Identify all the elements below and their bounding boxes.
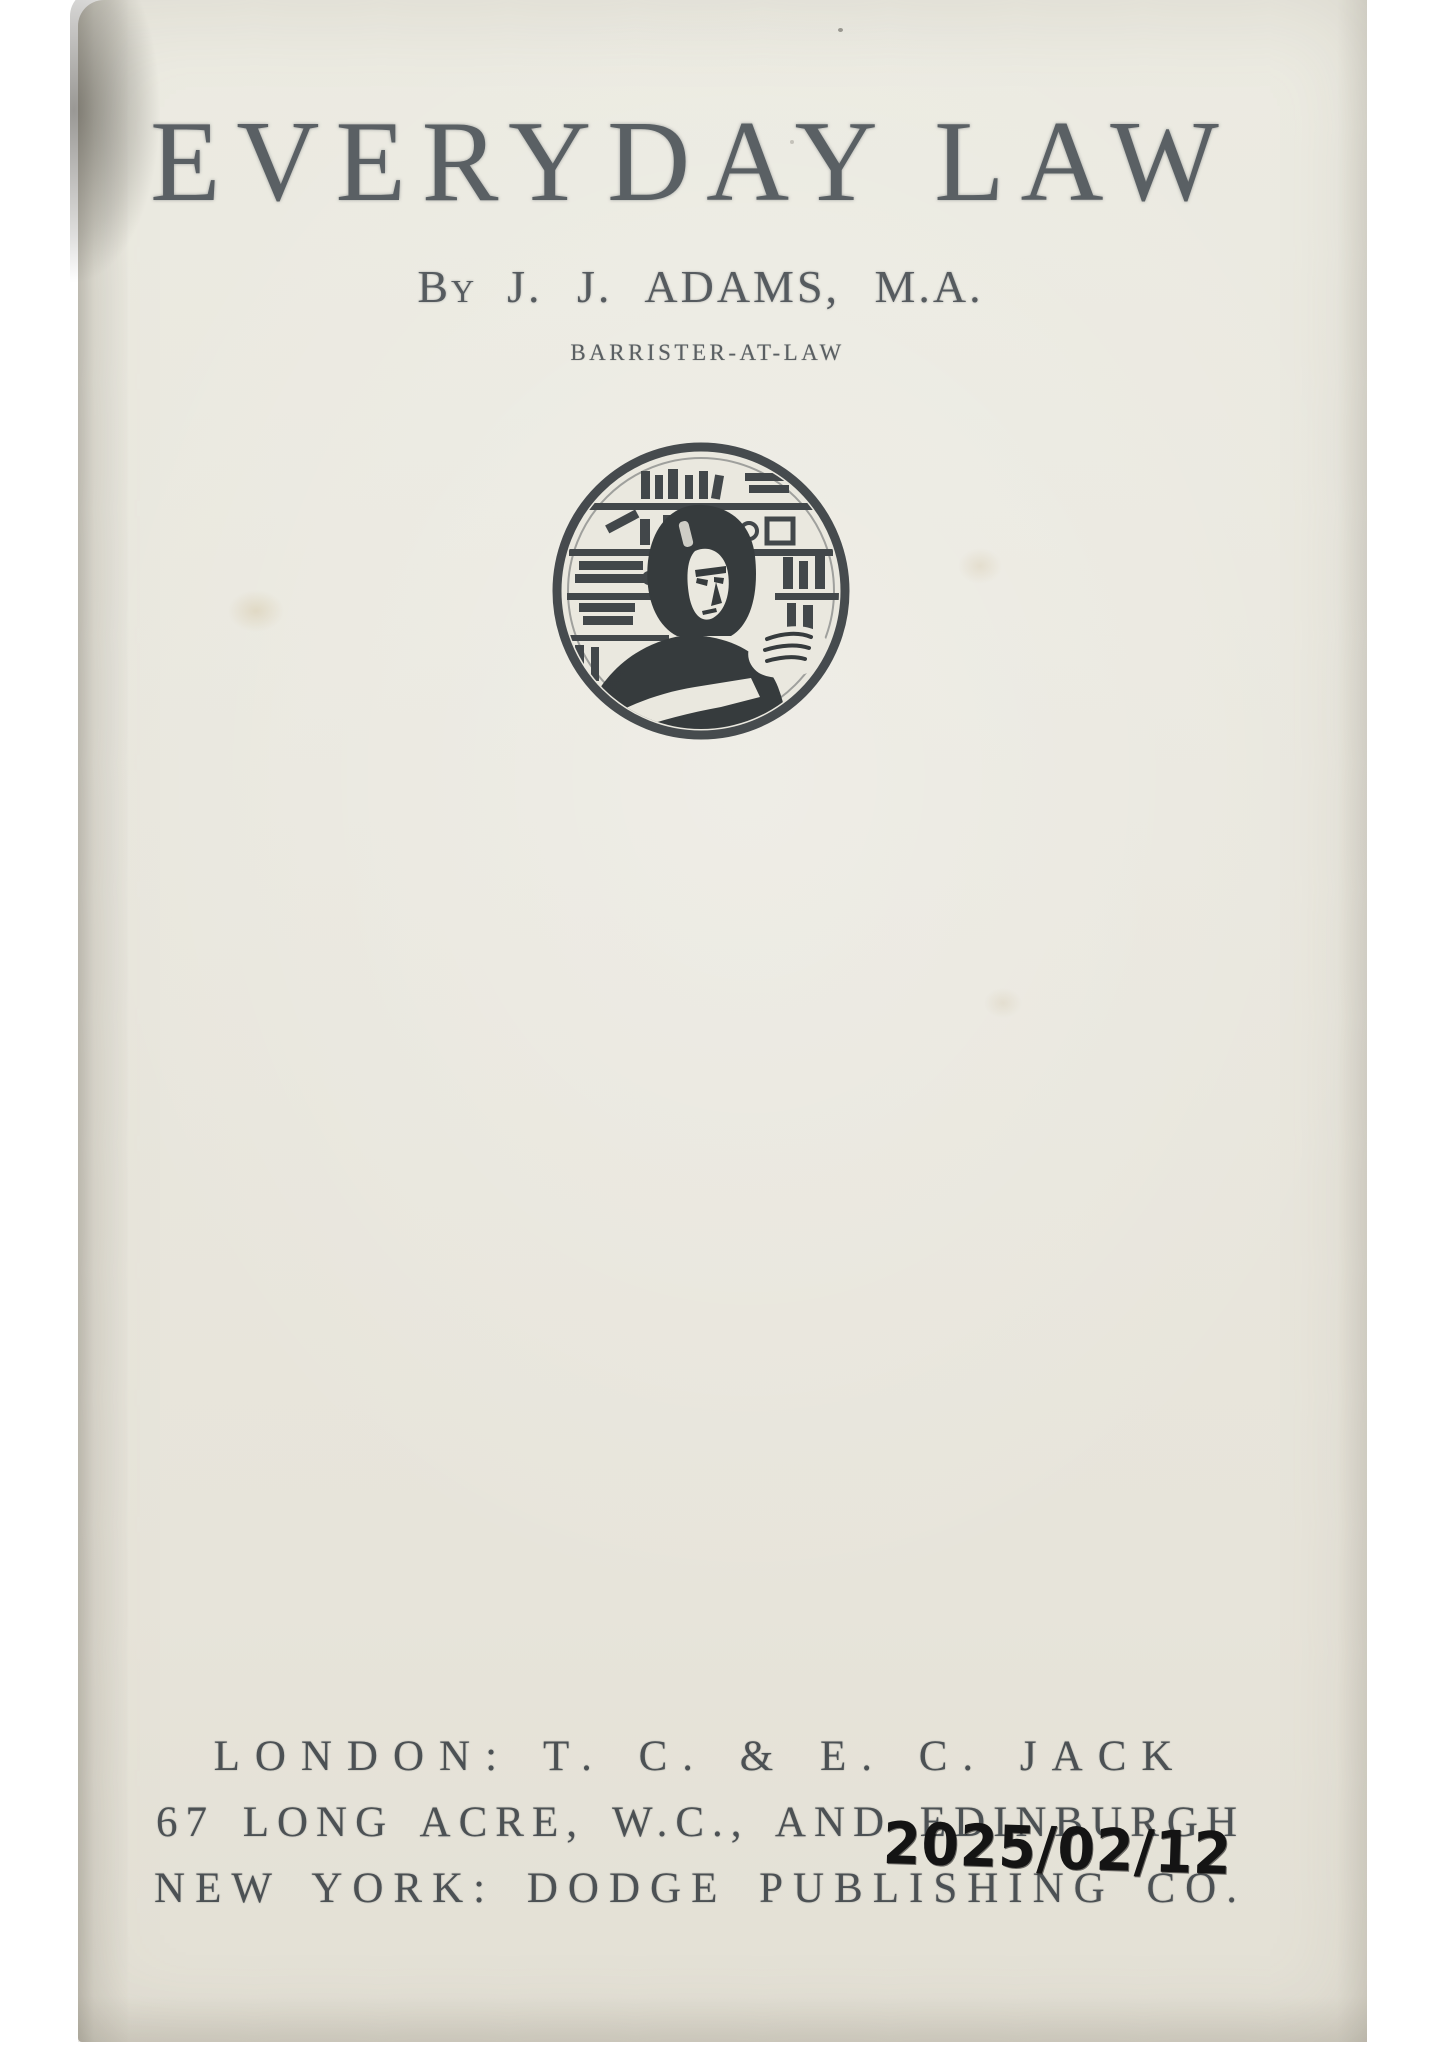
page-bottom-shadow (78, 1996, 1367, 2042)
foxing-stain (228, 590, 284, 632)
author-name: J. J. ADAMS, M.A. (507, 261, 984, 312)
author-byline: ByJ. J. ADAMS, M.A. (56, 260, 1345, 313)
date-stamp: 2025/02/12 (882, 1814, 1233, 1883)
scanned-page-photo: EVERYDAY LAW ByJ. J. ADAMS, M.A. BARRIST… (0, 0, 1445, 2045)
paper-speck (790, 140, 794, 144)
book-title-page: EVERYDAY LAW ByJ. J. ADAMS, M.A. BARRIST… (78, 0, 1367, 2042)
publisher-emblem (545, 435, 857, 747)
foxing-stain (958, 548, 1002, 584)
barrister-reading-illustration (545, 435, 857, 747)
byline-prefix: By (417, 261, 477, 312)
author-credential: BARRISTER-AT-LAW (63, 340, 1352, 366)
imprint-line-publisher: LONDON: T. C. & E. C. JACK (56, 1724, 1345, 1790)
paper-speck (838, 28, 843, 32)
book-title: EVERYDAY LAW (48, 104, 1337, 219)
foxing-stain (984, 988, 1022, 1018)
